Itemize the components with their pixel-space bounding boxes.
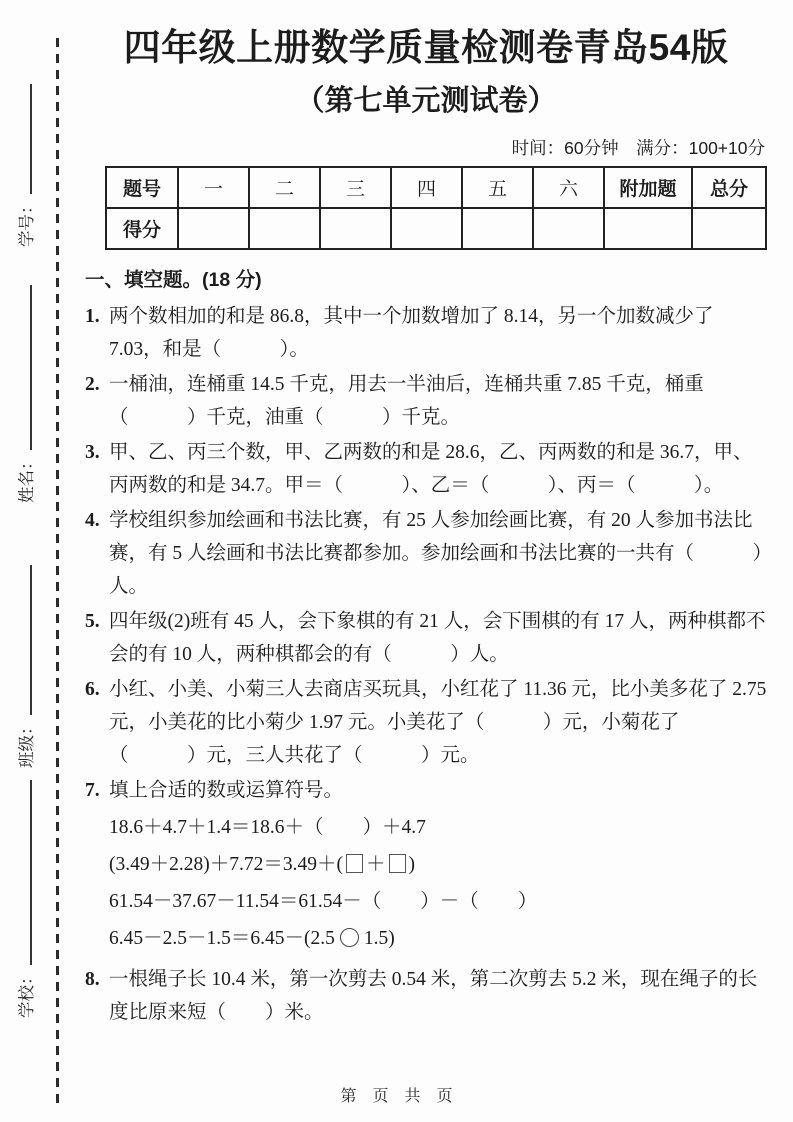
question-number: 5. [85,605,109,671]
question-text: 四年级(2)班有 45 人，会下象棋的有 21 人，会下围棋的有 17 人，两种… [109,605,767,671]
question-7-equations: 18.6＋4.7＋1.4＝18.6＋（ ）＋4.7 (3.49＋2.28)＋7.… [109,809,767,957]
header-cell-bonus: 附加题 [604,167,692,208]
sidebar-field-student-id: 学号： [13,84,36,247]
student-id-label: 学号： [13,195,37,248]
question-text: 填上合适的数或运算符号。 [109,774,767,807]
score-row-label: 得分 [106,208,178,249]
main-content: 四年级上册数学质量检测卷青岛54版 （第七单元测试卷） 时间：60分钟 满分：1… [85,0,767,1031]
score-cell [692,208,766,249]
question-4: 4. 学校组织参加绘画和书法比赛，有 25 人参加绘画比赛，有 20 人参加书法… [85,504,767,603]
score-cell [604,208,692,249]
question-text: 一桶油，连桶重 14.5 千克，用去一半油后，连桶共重 7.85 千克，桶重（ … [109,368,767,434]
school-label: 学校： [13,966,37,1019]
question-7: 7. 填上合适的数或运算符号。 [85,774,767,807]
question-5: 5. 四年级(2)班有 45 人，会下象棋的有 21 人，会下围棋的有 17 人… [85,605,767,671]
blank-box [346,854,363,873]
question-number: 3. [85,436,109,502]
sidebar-field-school: 学校： [13,780,36,1018]
score-cell [249,208,320,249]
equation-line-3: 61.54－37.67－11.54＝61.54－（ ）－（ ） [109,883,767,920]
header-cell-part-5: 五 [462,167,533,208]
page-title: 四年级上册数学质量检测卷青岛54版 [85,26,767,70]
sidebar-field-class: 班级： [13,565,36,768]
question-number: 6. [85,673,109,772]
sidebar-field-name: 姓名： [13,285,36,503]
question-text: 甲、乙、丙三个数，甲、乙两数的和是 28.6，乙、丙两数的和是 36.7，甲、丙… [109,436,767,502]
score-cell [320,208,391,249]
question-text: 小红、小美、小菊三人去商店买玩具，小红花了 11.36 元，比小美多花了 2.7… [109,673,767,772]
equation-segment: ) [409,854,416,875]
equation-line-4: 6.45－2.5－1.5＝6.45－(2.51.5) [109,920,767,957]
question-number: 1. [85,300,109,366]
school-blank-line [17,780,32,966]
header-cell-part-6: 六 [533,167,604,208]
score-table: 题号 一 二 三 四 五 六 附加题 总分 得分 [105,166,767,250]
equation-segment: ＋ [366,854,386,875]
question-number: 7. [85,774,109,807]
question-text: 学校组织参加绘画和书法比赛，有 25 人参加绘画比赛，有 20 人参加书法比赛，… [109,504,767,603]
equation-line-1: 18.6＋4.7＋1.4＝18.6＋（ ）＋4.7 [109,809,767,846]
blank-operator-circle [340,928,359,947]
page-subtitle: （第七单元测试卷） [85,84,767,119]
name-blank-line [17,285,32,451]
student-id-blank-line [17,84,32,195]
name-label: 姓名： [13,451,37,504]
header-cell-part-4: 四 [391,167,462,208]
equation-segment: 1.5) [364,928,395,949]
score-cell [533,208,604,249]
score-table-header-row: 题号 一 二 三 四 五 六 附加题 总分 [106,167,766,208]
blank-box [389,854,406,873]
question-8: 8. 一根绳子长 10.4 米，第一次剪去 0.54 米，第二次剪去 5.2 米… [85,963,767,1029]
test-paper-page: 学号： 姓名： 班级： 学校： 四年级上册数学质量检测卷青岛54版 （第七单元测… [0,0,793,1122]
equation-segment: 6.45－2.5－1.5＝6.45－(2.5 [109,928,335,949]
question-number: 2. [85,368,109,434]
class-label: 班级： [13,716,37,769]
question-text: 一根绳子长 10.4 米，第一次剪去 0.54 米，第二次剪去 5.2 米，现在… [109,963,767,1029]
section-heading-fill-in-blanks: 一、填空题。(18 分) [85,264,767,292]
header-cell-part-3: 三 [320,167,391,208]
time-and-score-info: 时间：60分钟 满分：100+10分 [85,135,767,160]
question-1: 1. 两个数相加的和是 86.8，其中一个加数增加了 8.14，另一个加数减少了… [85,300,767,366]
equation-line-2: (3.49＋2.28)＋7.72＝3.49＋(＋) [109,846,767,883]
score-cell [462,208,533,249]
question-3: 3. 甲、乙、丙三个数，甲、乙两数的和是 28.6，乙、丙两数的和是 36.7，… [85,436,767,502]
score-table-score-row: 得分 [106,208,766,249]
equation-segment: (3.49＋2.28)＋7.72＝3.49＋( [109,854,343,875]
question-text: 两个数相加的和是 86.8，其中一个加数增加了 8.14，另一个加数减少了7.0… [109,300,767,366]
header-cell-total: 总分 [692,167,766,208]
footer-page-indicator: 第 页 共 页 [0,1083,793,1106]
question-number: 8. [85,963,109,1029]
header-cell-part-1: 一 [178,167,249,208]
dashed-cut-line [56,38,59,1106]
class-blank-line [17,565,32,716]
score-cell [391,208,462,249]
question-2: 2. 一桶油，连桶重 14.5 千克，用去一半油后，连桶共重 7.85 千克，桶… [85,368,767,434]
score-cell [178,208,249,249]
question-number: 4. [85,504,109,603]
header-cell-part-2: 二 [249,167,320,208]
question-6: 6. 小红、小美、小菊三人去商店买玩具，小红花了 11.36 元，比小美多花了 … [85,673,767,772]
header-cell-question-no: 题号 [106,167,178,208]
